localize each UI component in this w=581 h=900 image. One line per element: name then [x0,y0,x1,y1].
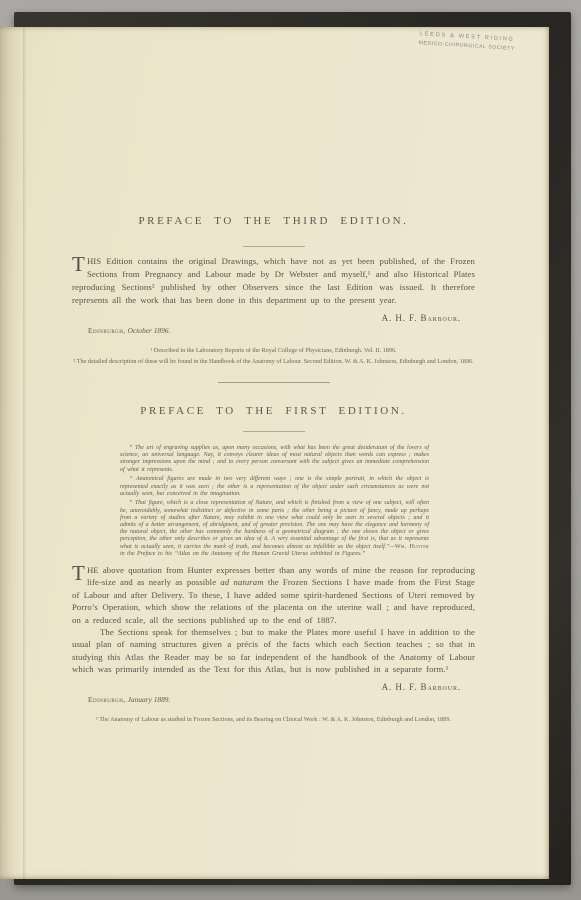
book-page: LEEDS & WEST RIDING MEDICO-CHIRURGICAL S… [0,27,549,879]
signature-first-edition: A. H. F. Barbour. [72,682,461,692]
preface-first-heading: PREFACE TO THE FIRST EDITION. [72,405,475,418]
place-label: Edinburgh, [88,695,126,704]
place-label: Edinburgh, [88,326,126,335]
place-date-first-edition: Edinburgh, January 1889. [88,695,475,704]
date-label: January 1889. [128,695,171,704]
quotation-attribution-rest: in the Preface to his “Atlas on the Anat… [120,551,365,557]
place-date-third-edition: Edinburgh, October 1896. [88,326,475,335]
drop-cap-initial: T [72,564,87,582]
footnote: ¹ The Anatomy of Labour as studied in Fr… [72,716,475,724]
heading-divider [243,246,305,247]
date-label: October 1896. [128,326,171,335]
drop-cap-initial: T [72,255,87,273]
preface-first-edition-section: PREFACE TO THE FIRST EDITION. “ The art … [0,382,549,724]
quotation-paragraph: “ The art of engraving supplies us, upon… [120,445,429,474]
footnotes-first-edition: ¹ The Anatomy of Labour as studied in Fr… [72,716,475,724]
library-stamp: LEEDS & WEST RIDING MEDICO-CHIRURGICAL S… [408,30,527,52]
hunter-quotation-block: “ The art of engraving supplies us, upon… [120,445,429,558]
preface-third-heading: PREFACE TO THE THIRD EDITION. [72,215,475,228]
preface-third-body-text: HIS Edition contains the original Drawin… [72,256,475,305]
quotation-attribution-name: Wm. Hunter [395,544,429,550]
quotation-paragraph: “ That figure, which is a close represen… [120,500,429,558]
footnotes-third-edition: ¹ Described in the Laboratory Reports of… [72,347,475,366]
preface-third-edition-section: PREFACE TO THE THIRD EDITION. THIS Editi… [0,215,549,366]
footnote: ¹ Described in the Laboratory Reports of… [72,347,475,355]
footnote: ² The detailed description of these will… [72,358,475,366]
quotation-paragraph: “ Anatomical figures are made in two ver… [120,476,429,498]
section-divider [218,382,330,383]
quotation-paragraph-text: “ That figure, which is a close represen… [120,500,429,549]
latin-phrase: ad naturam [220,577,263,587]
preface-third-paragraph: THIS Edition contains the original Drawi… [72,255,475,307]
signature-third-edition: A. H. F. Barbour. [72,313,461,323]
scanned-book-photo: LEEDS & WEST RIDING MEDICO-CHIRURGICAL S… [0,0,581,900]
heading-divider [243,431,305,432]
preface-first-paragraph: THE above quotation from Hunter expresse… [72,564,475,626]
preface-first-paragraph-2: The Sections speak for themselves ; but … [72,626,475,676]
